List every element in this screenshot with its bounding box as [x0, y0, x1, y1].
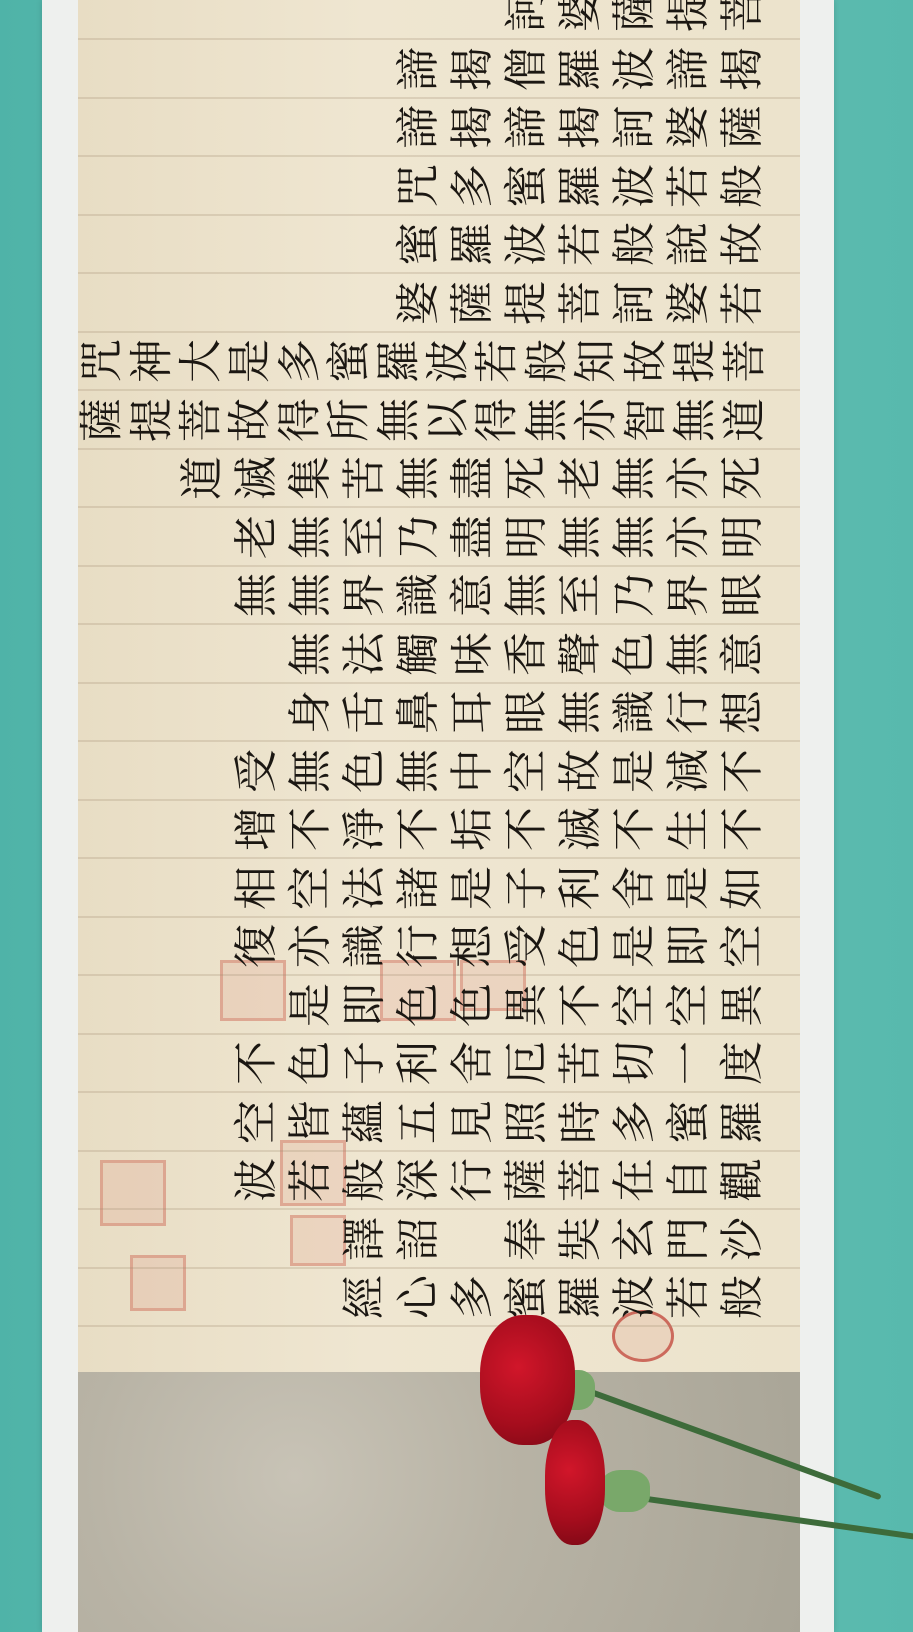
calligraphy-character: 提 — [667, 0, 711, 37]
calligraphy-character: 中 — [451, 744, 495, 798]
sutra-column: 明亦無無明盡乃至無老 — [78, 507, 800, 567]
calligraphy-character: 舍 — [451, 1036, 495, 1090]
calligraphy-character: 無 — [289, 744, 333, 798]
calligraphy-character: 是 — [667, 861, 711, 915]
calligraphy-character: 想 — [451, 919, 495, 973]
calligraphy-character: 般 — [343, 1153, 387, 1207]
calligraphy-character: 婆 — [397, 276, 441, 330]
calligraphy-character: 譯 — [343, 1212, 387, 1266]
calligraphy-character: 行 — [667, 685, 711, 739]
calligraphy-character: 無 — [397, 451, 441, 505]
calligraphy-character: 波 — [613, 1270, 657, 1324]
calligraphy-character: 深 — [397, 1153, 441, 1207]
calligraphy-character: 老 — [235, 510, 279, 564]
calligraphy-character: 菩 — [559, 1153, 603, 1207]
calligraphy-character: 菩 — [721, 0, 765, 37]
calligraphy-character: 子 — [505, 861, 549, 915]
calligraphy-character: 行 — [451, 1153, 495, 1207]
calligraphy-character: 是 — [229, 336, 273, 385]
calligraphy-character: 老 — [559, 451, 603, 505]
calligraphy-character: 界 — [667, 568, 711, 622]
calligraphy-character: 行 — [397, 919, 441, 973]
calligraphy-character: 是 — [613, 744, 657, 798]
calligraphy-character: 舍 — [613, 861, 657, 915]
calligraphy-character: 色 — [343, 744, 387, 798]
calligraphy-character: 香 — [505, 627, 549, 681]
calligraphy-character: 揭 — [721, 42, 765, 96]
sutra-column: 不減是故空中無色無受 — [78, 741, 800, 801]
calligraphy-character: 菩 — [723, 336, 767, 385]
calligraphy-character: 道 — [181, 451, 225, 505]
calligraphy-character: 不 — [235, 1036, 279, 1090]
calligraphy-character: 色 — [613, 627, 657, 681]
calligraphy-character: 般 — [613, 217, 657, 271]
calligraphy-character: 法 — [343, 627, 387, 681]
calligraphy-character: 在 — [613, 1153, 657, 1207]
sutra-column: 度一切苦厄舍利子色不 — [78, 1033, 800, 1093]
calligraphy-character: 若 — [559, 217, 603, 271]
calligraphy-character: 明 — [505, 510, 549, 564]
sutra-column: 眼界乃至無意識界無無 — [78, 565, 800, 625]
calligraphy-character: 沙 — [721, 1212, 765, 1266]
calligraphy-character: 增 — [235, 802, 279, 856]
calligraphy-character: 色 — [397, 978, 441, 1032]
sutra-column: 觀自在菩薩行深般若波 — [78, 1150, 800, 1210]
calligraphy-character: 心 — [397, 1270, 441, 1324]
calligraphy-character: 識 — [613, 685, 657, 739]
calligraphy-character: 多 — [613, 1095, 657, 1149]
calligraphy-character: 想 — [721, 685, 765, 739]
calligraphy-character: 無 — [526, 395, 570, 444]
calligraphy-character: 意 — [451, 568, 495, 622]
calligraphy-character: 波 — [505, 217, 549, 271]
calligraphy-character: 羅 — [451, 217, 495, 271]
calligraphy-character: 大 — [180, 336, 224, 385]
calligraphy-character: 故 — [721, 217, 765, 271]
calligraphy-character: 薩 — [721, 100, 765, 154]
calligraphy-character: 時 — [559, 1095, 603, 1149]
calligraphy-character: 盡 — [451, 510, 495, 564]
calligraphy-character: 諦 — [397, 42, 441, 96]
sutra-column: 不生不滅不垢不淨不增 — [78, 799, 800, 859]
calligraphy-character: 眼 — [505, 685, 549, 739]
calligraphy-character: 羅 — [377, 336, 421, 385]
calligraphy-character: 亦 — [667, 451, 711, 505]
calligraphy-character: 不 — [289, 802, 333, 856]
calligraphy-character: 道 — [723, 395, 767, 444]
calligraphy-character: 空 — [667, 978, 711, 1032]
calligraphy-character: 若 — [667, 159, 711, 213]
calligraphy-character: 所 — [328, 395, 372, 444]
calligraphy-character: 蜜 — [667, 1095, 711, 1149]
calligraphy-character: 空 — [721, 919, 765, 973]
calligraphy-character: 無 — [377, 395, 421, 444]
calligraphy-character: 觀 — [721, 1153, 765, 1207]
calligraphy-character: 波 — [427, 336, 471, 385]
calligraphy-character: 知 — [575, 336, 619, 385]
calligraphy-character: 苦 — [343, 451, 387, 505]
calligraphy-character: 波 — [613, 159, 657, 213]
calligraphy-character: 羅 — [721, 1095, 765, 1149]
calligraphy-character: 度 — [721, 1036, 765, 1090]
sutra-column: 故說般若波羅蜜 — [78, 214, 800, 274]
calligraphy-character: 受 — [505, 919, 549, 973]
calligraphy-character: 揭 — [559, 100, 603, 154]
calligraphy-character: 滅 — [235, 451, 279, 505]
calligraphy-character: 無 — [289, 510, 333, 564]
calligraphy-character: 舌 — [343, 685, 387, 739]
calligraphy-character: 薩 — [81, 395, 125, 444]
calligraphy-character: 是 — [289, 978, 333, 1032]
calligraphy-character: 生 — [667, 802, 711, 856]
calligraphy-character: 空 — [235, 1095, 279, 1149]
calligraphy-character: 若 — [476, 336, 520, 385]
calligraphy-character: 多 — [451, 159, 495, 213]
calligraphy-character: 相 — [235, 861, 279, 915]
calligraphy-character: 奉 — [505, 1212, 549, 1266]
calligraphy-character: 揭 — [451, 100, 495, 154]
sutra-column: 空即是色受想行識亦復 — [78, 916, 800, 976]
calligraphy-character: 咒 — [81, 336, 125, 385]
calligraphy-character: 即 — [667, 919, 711, 973]
calligraphy-character: 復 — [235, 919, 279, 973]
calligraphy-character: 滅 — [559, 802, 603, 856]
calligraphy-character: 咒 — [397, 159, 441, 213]
calligraphy-character: 多 — [278, 336, 322, 385]
calligraphy-character: 異 — [505, 978, 549, 1032]
calligraphy-character: 苦 — [559, 1036, 603, 1090]
calligraphy-character: 是 — [451, 861, 495, 915]
calligraphy-character: 亦 — [667, 510, 711, 564]
calligraphy-character: 是 — [613, 919, 657, 973]
calligraphy-character: 鼻 — [397, 685, 441, 739]
calligraphy-character: 若 — [289, 1153, 333, 1207]
sutra-column: 想行識無眼耳鼻舌身 — [78, 682, 800, 742]
calligraphy-character: 切 — [613, 1036, 657, 1090]
calligraphy-character: 亦 — [575, 395, 619, 444]
calligraphy-character: 諦 — [667, 42, 711, 96]
calligraphy-character: 諦 — [397, 100, 441, 154]
calligraphy-character: 訶 — [613, 100, 657, 154]
calligraphy-character: 婆 — [559, 0, 603, 37]
calligraphy-character: 諦 — [505, 100, 549, 154]
sutra-column: 如是舍利子是諸法空相 — [78, 858, 800, 918]
calligraphy-character: 訶 — [613, 276, 657, 330]
calligraphy-character: 不 — [505, 802, 549, 856]
sutra-column: 菩提故知般若波羅蜜多是大神咒 — [78, 331, 800, 391]
calligraphy-character: 色 — [289, 1036, 333, 1090]
calligraphy-character: 照 — [505, 1095, 549, 1149]
calligraphy-character: 菩 — [559, 276, 603, 330]
calligraphy-character: 故 — [624, 336, 668, 385]
calligraphy-character: 無 — [397, 744, 441, 798]
calligraphy-character: 如 — [721, 861, 765, 915]
calligraphy-character: 五 — [397, 1095, 441, 1149]
calligraphy-character: 提 — [674, 336, 718, 385]
calligraphy-character: 識 — [397, 568, 441, 622]
calligraphy-character: 提 — [505, 276, 549, 330]
calligraphy-character: 集 — [289, 451, 333, 505]
calligraphy-character: 觸 — [397, 627, 441, 681]
calligraphy-character: 無 — [289, 568, 333, 622]
calligraphy-character: 至 — [343, 510, 387, 564]
calligraphy-character: 空 — [289, 861, 333, 915]
calligraphy-character: 神 — [130, 336, 174, 385]
calligraphy-character: 法 — [343, 861, 387, 915]
calligraphy-character: 空 — [505, 744, 549, 798]
calligraphy-character: 味 — [451, 627, 495, 681]
calligraphy-character: 羅 — [559, 42, 603, 96]
calligraphy-character: 無 — [505, 568, 549, 622]
calligraphy-character: 羅 — [559, 159, 603, 213]
calligraphy-character: 即 — [343, 978, 387, 1032]
calligraphy-character: 盡 — [451, 451, 495, 505]
calligraphy-character: 一 — [667, 1036, 711, 1090]
calligraphy-character: 奘 — [559, 1212, 603, 1266]
calligraphy-character: 詔 — [397, 1212, 441, 1266]
calligraphy-character: 故 — [229, 395, 273, 444]
calligraphy-character: 無 — [667, 627, 711, 681]
calligraphy-character: 身 — [289, 685, 333, 739]
calligraphy-character: 薩 — [613, 0, 657, 37]
red-carnation-flower — [545, 1420, 605, 1545]
calligraphy-character: 般 — [721, 1270, 765, 1324]
calligraphy-character: 不 — [559, 978, 603, 1032]
calligraphy-character: 不 — [397, 802, 441, 856]
calligraphy-character: 般 — [721, 159, 765, 213]
calligraphy-character: 揭 — [451, 42, 495, 96]
sutra-column: 沙門玄奘奉 詔譯 — [78, 1209, 800, 1269]
calligraphy-character: 明 — [721, 510, 765, 564]
calligraphy-character: 提 — [130, 395, 174, 444]
calligraphy-character: 界 — [343, 568, 387, 622]
calligraphy-character: 聲 — [559, 627, 603, 681]
calligraphy-character: 不 — [721, 802, 765, 856]
calligraphy-character: 減 — [667, 744, 711, 798]
calligraphy-character: 諸 — [397, 861, 441, 915]
calligraphy-character: 厄 — [505, 1036, 549, 1090]
calligraphy-character: 死 — [505, 451, 549, 505]
calligraphy-character: 門 — [667, 1212, 711, 1266]
calligraphy-character: 無 — [674, 395, 718, 444]
sutra-column: 薩婆訶揭諦揭諦 — [78, 97, 800, 157]
calligraphy-character: 若 — [667, 1270, 711, 1324]
calligraphy-character: 若 — [721, 276, 765, 330]
calligraphy-character: 意 — [721, 627, 765, 681]
calligraphy-character: 耳 — [451, 685, 495, 739]
calligraphy-character: 薩 — [505, 1153, 549, 1207]
sutra-column: 死亦無老死盡無苦集滅道 — [78, 448, 800, 508]
calligraphy-character: 智 — [624, 395, 668, 444]
calligraphy-character: 乃 — [397, 510, 441, 564]
calligraphy-character: 多 — [451, 1270, 495, 1324]
calligraphy-character: 婆 — [667, 100, 711, 154]
calligraphy-character: 波 — [235, 1153, 279, 1207]
calligraphy-character: 經 — [343, 1270, 387, 1324]
calligraphy-character: 僧 — [505, 42, 549, 96]
calligraphy-character: 無 — [613, 451, 657, 505]
calligraphy-character: 得 — [476, 395, 520, 444]
sutra-column: 菩提薩婆訶 — [78, 0, 800, 40]
calligraphy-character: 不 — [613, 802, 657, 856]
calligraphy-character: 利 — [397, 1036, 441, 1090]
sutra-column: 若婆訶菩提薩婆 — [78, 273, 800, 333]
calligraphy-character: 識 — [343, 919, 387, 973]
calligraphy-character: 無 — [613, 510, 657, 564]
calligraphy-character: 蜜 — [505, 159, 549, 213]
calligraphy-character: 眼 — [721, 568, 765, 622]
calligraphy-character: 婆 — [667, 276, 711, 330]
calligraphy-character: 羅 — [559, 1270, 603, 1324]
calligraphy-character: 自 — [667, 1153, 711, 1207]
column-rule — [78, 1325, 800, 1327]
calligraphy-character: 色 — [451, 978, 495, 1032]
calligraphy-character: 蜜 — [397, 217, 441, 271]
calligraphy-character: 色 — [559, 919, 603, 973]
calligraphy-character: 不 — [721, 744, 765, 798]
calligraphy-character: 以 — [427, 395, 471, 444]
calligraphy-character: 見 — [451, 1095, 495, 1149]
calligraphy-character: 訶 — [505, 0, 549, 37]
calligraphy-character: 無 — [235, 568, 279, 622]
sutra-column: 羅蜜多時照見五蘊皆空 — [78, 1092, 800, 1152]
calligraphy-character: 乃 — [613, 568, 657, 622]
calligraphy-character: 空 — [613, 978, 657, 1032]
calligraphy-character: 亦 — [289, 919, 333, 973]
calligraphy-character: 受 — [235, 744, 279, 798]
calligraphy-character: 得 — [278, 395, 322, 444]
sutra-column: 般若波羅蜜多心經 — [78, 1267, 800, 1327]
calligraphy-character: 玄 — [613, 1212, 657, 1266]
calligraphy-character: 蜜 — [328, 336, 372, 385]
calligraphy-character: 垢 — [451, 802, 495, 856]
calligraphy-character: 無 — [559, 685, 603, 739]
calligraphy-character: 利 — [559, 861, 603, 915]
calligraphy-character: 至 — [559, 568, 603, 622]
calligraphy-character: 蘊 — [343, 1095, 387, 1149]
calligraphy-character: 故 — [559, 744, 603, 798]
sutra-column: 般若波羅蜜多咒 — [78, 156, 800, 216]
calligraphy-character: 無 — [289, 627, 333, 681]
calligraphy-character: 說 — [667, 217, 711, 271]
calligraphy-character: 異 — [721, 978, 765, 1032]
calligraphy-character: 薩 — [451, 276, 495, 330]
calligraphy-character: 子 — [343, 1036, 387, 1090]
calligraphy-character: 淨 — [343, 802, 387, 856]
calligraphy-character: 般 — [526, 336, 570, 385]
sutra-column: 揭諦波羅僧揭諦 — [78, 39, 800, 99]
calligraphy-character: 死 — [721, 451, 765, 505]
calligraphy-character: 皆 — [289, 1095, 333, 1149]
sutra-column: 異空空不異色色即是 — [78, 975, 800, 1035]
calligraphy-character: 波 — [613, 42, 657, 96]
carnation-calyx — [600, 1470, 650, 1512]
calligraphy-character: 無 — [559, 510, 603, 564]
calligraphy-character: 菩 — [180, 395, 224, 444]
sutra-column: 道無智亦無得以無所得故菩提薩 — [78, 390, 800, 450]
sutra-column: 意無色聲香味觸法無 — [78, 624, 800, 684]
